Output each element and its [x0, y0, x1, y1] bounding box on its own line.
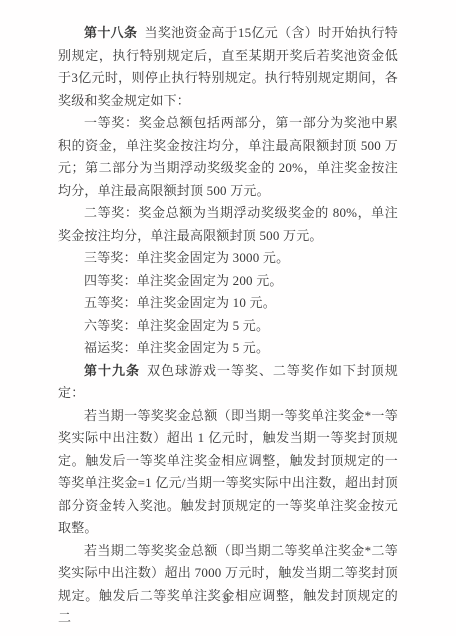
paragraph-article-19: 第十九条双色球游戏一等奖、二等奖作如下封顶规定： — [58, 360, 398, 405]
paragraph-fuyun-prize: 福运奖：单注奖金固定为 5 元。 — [58, 337, 398, 360]
first-prize-text: 一等奖：奖金总额包括两部分，第一部分为奖池中累积的资金，单注奖金按注均分，单注最… — [58, 115, 398, 198]
fuyun-prize-text: 福运奖：单注奖金固定为 5 元。 — [84, 340, 269, 355]
paragraph-fourth-prize: 四等奖：单注奖金固定为 200 元。 — [58, 270, 398, 293]
paragraph-article-18: 第十八条当奖池资金高于15亿元（含）时开始执行特别规定，执行特别规定后，直至某期… — [58, 22, 398, 112]
sixth-prize-text: 六等奖：单注奖金固定为 5 元。 — [84, 318, 269, 333]
page-number: - 5 - — [0, 592, 456, 607]
first-prize-cap-text: 若当期一等奖奖金总额（即当期一等奖单注奖金*一等奖实际中出注数）超出 1 亿元时… — [58, 408, 398, 536]
paragraph-sixth-prize: 六等奖：单注奖金固定为 5 元。 — [58, 315, 398, 338]
article-19-number: 第十九条 — [84, 363, 140, 378]
article-18-number: 第十八条 — [84, 25, 137, 40]
second-prize-cap-text: 若当期二等奖奖金总额（即当期二等奖单注奖金*二等奖实际中出注数）超出 7000 … — [58, 543, 398, 626]
fifth-prize-text: 五等奖：单注奖金固定为 10 元。 — [84, 295, 276, 310]
paragraph-fifth-prize: 五等奖：单注奖金固定为 10 元。 — [58, 292, 398, 315]
paragraph-second-prize: 二等奖：奖金总额为当期浮动奖级奖金的 80%，单注奖金按注均分，单注最高限额封顶… — [58, 202, 398, 247]
paragraph-third-prize: 三等奖：单注奖金固定为 3000 元。 — [58, 247, 398, 270]
document-body: 第十八条当奖池资金高于15亿元（含）时开始执行特别规定，执行特别规定后，直至某期… — [58, 22, 398, 630]
paragraph-first-prize-cap: 若当期一等奖奖金总额（即当期一等奖单注奖金*一等奖实际中出注数）超出 1 亿元时… — [58, 405, 398, 540]
paragraph-first-prize: 一等奖：奖金总额包括两部分，第一部分为奖池中累积的资金，单注奖金按注均分，单注最… — [58, 112, 398, 202]
fourth-prize-text: 四等奖：单注奖金固定为 200 元。 — [84, 273, 283, 288]
document-page: 第十八条当奖池资金高于15亿元（含）时开始执行特别规定，执行特别规定后，直至某期… — [0, 0, 456, 636]
second-prize-text: 二等奖：奖金总额为当期浮动奖级奖金的 80%，单注奖金按注均分，单注最高限额封顶… — [58, 205, 398, 243]
paragraph-second-prize-cap: 若当期二等奖奖金总额（即当期二等奖单注奖金*二等奖实际中出注数）超出 7000 … — [58, 540, 398, 630]
third-prize-text: 三等奖：单注奖金固定为 3000 元。 — [84, 250, 289, 265]
